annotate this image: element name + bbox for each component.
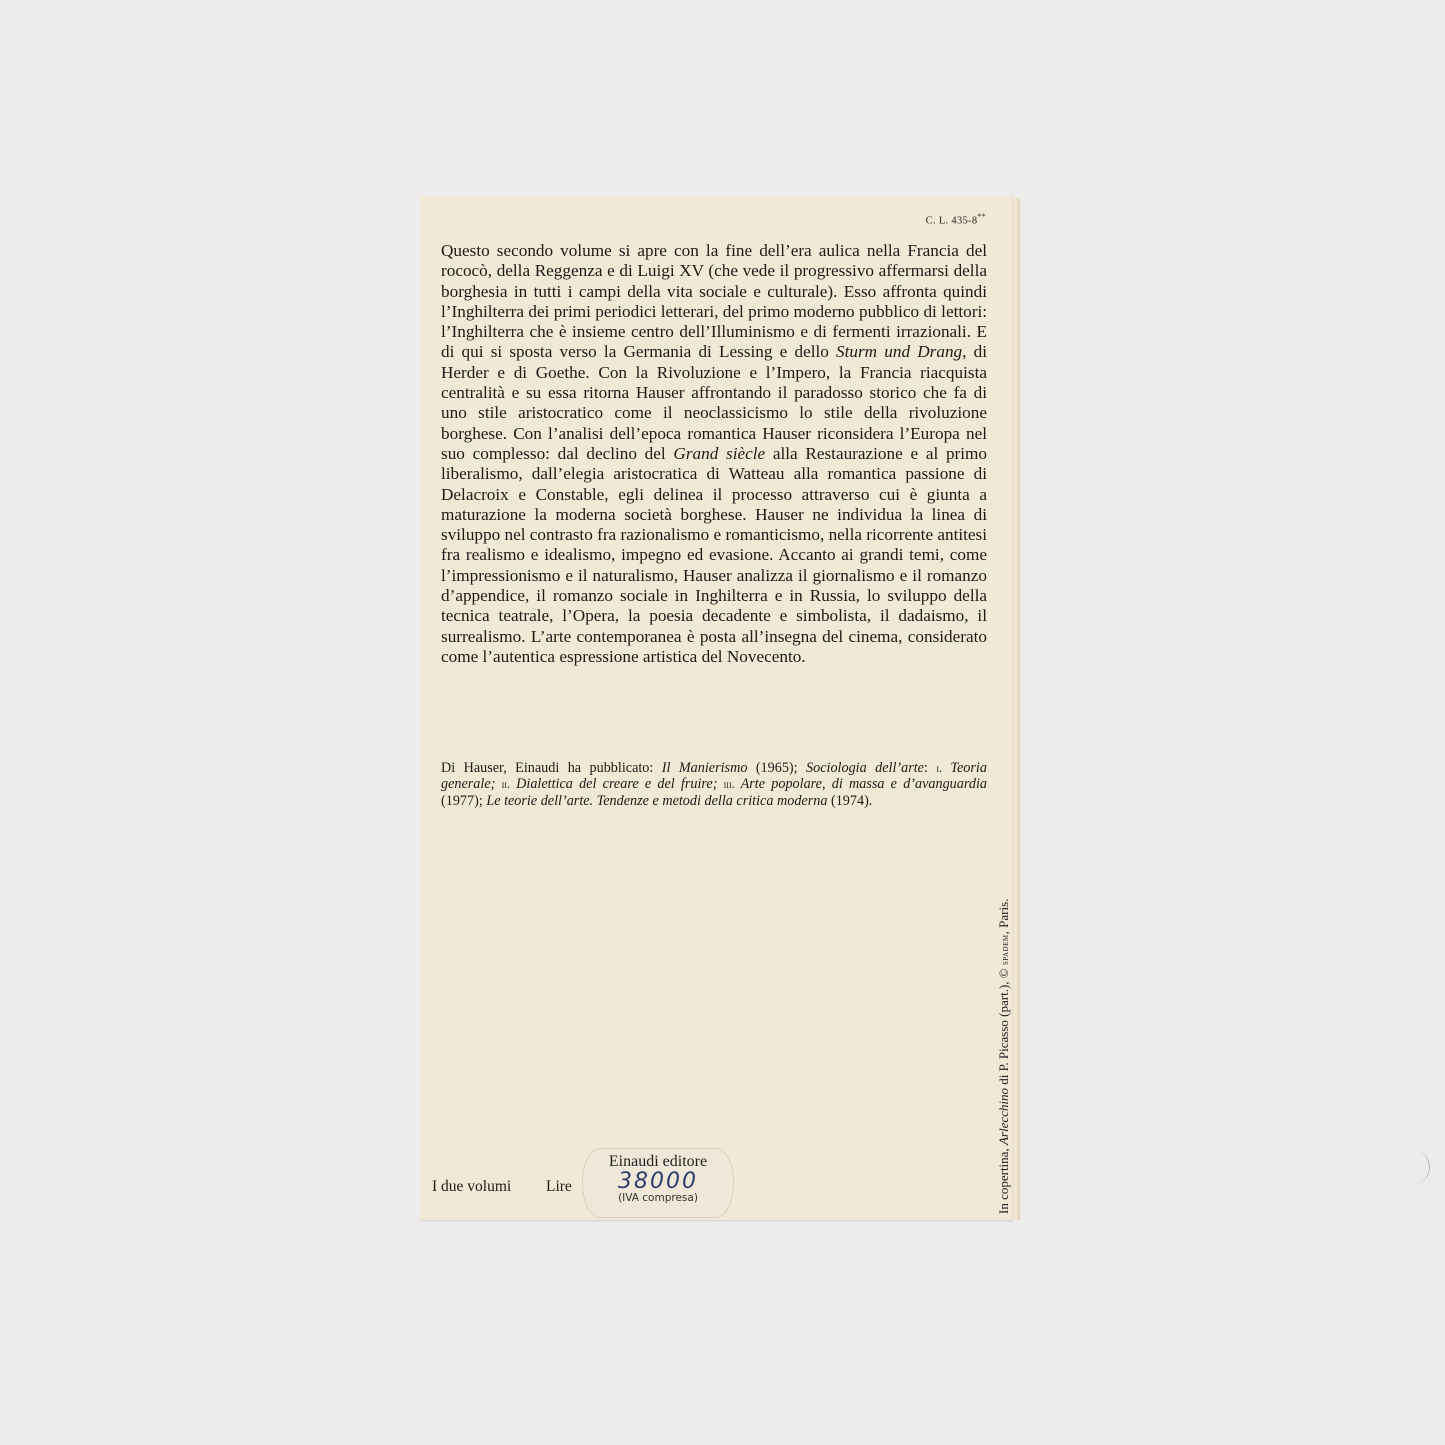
sticker-price: 38000 <box>583 1169 733 1194</box>
blurb-text-3: alla Restaurazione e al primo liberalism… <box>441 444 987 666</box>
biblio-title: Dialettica del creare e del fruire; <box>510 776 724 792</box>
book-page-edge <box>1012 198 1020 1220</box>
currency-label: Lire <box>546 1178 572 1196</box>
catalog-code-suffix: ** <box>977 212 986 221</box>
biblio-title: Arte popolare, di massa e d’avanguardia <box>735 776 987 792</box>
biblio-volume-number: iii. <box>724 777 735 791</box>
price-row: I due volumi Lire Einaudi editore 38000 … <box>432 1170 832 1220</box>
blurb-italic-sturm: Sturm und Drang <box>836 342 962 361</box>
biblio-intro: Di Hauser, Einaudi ha pubblicato: <box>441 760 662 776</box>
bibliography: Di Hauser, Einaudi ha pubblicato: Il Man… <box>441 760 987 809</box>
credit-prefix: In copertina, <box>996 1145 1011 1214</box>
curl-mark-icon <box>1413 1150 1430 1184</box>
credit-artwork-title: Arlecchino <box>996 1088 1011 1145</box>
credit-agency: spadem <box>1000 934 1011 965</box>
cover-credit: In copertina, Arlecchino di P. Picasso (… <box>996 899 1012 1214</box>
book-back-cover: C. L. 435-8** Questo secondo volume si a… <box>420 196 1012 1220</box>
sticker-vat-note: (IVA compresa) <box>583 1192 733 1204</box>
biblio-volume-number: ii. <box>502 777 510 791</box>
credit-middle: di P. Picasso (part.), © <box>996 965 1011 1088</box>
biblio-title: Il Manierismo <box>662 760 748 776</box>
price-label: I due volumi <box>432 1178 511 1196</box>
biblio-year: (1965); <box>747 760 806 776</box>
blurb-paragraph: Questo secondo volume si apre con la fin… <box>441 241 987 667</box>
biblio-title: Sociologia dell’arte <box>806 760 924 776</box>
biblio-title: Le teorie dell’arte. Tendenze e metodi d… <box>486 793 827 809</box>
catalog-code-text: C. L. 435-8 <box>926 216 978 227</box>
biblio-year: (1977); <box>441 793 486 809</box>
biblio-year: (1974). <box>827 793 872 809</box>
biblio-sep: : <box>924 760 936 776</box>
catalog-code: C. L. 435-8** <box>926 212 986 227</box>
blurb-italic-grand-siecle: Grand siècle <box>673 444 765 463</box>
price-sticker: Einaudi editore 38000 (IVA compresa) <box>582 1148 734 1218</box>
credit-suffix: , Paris. <box>996 899 1011 935</box>
